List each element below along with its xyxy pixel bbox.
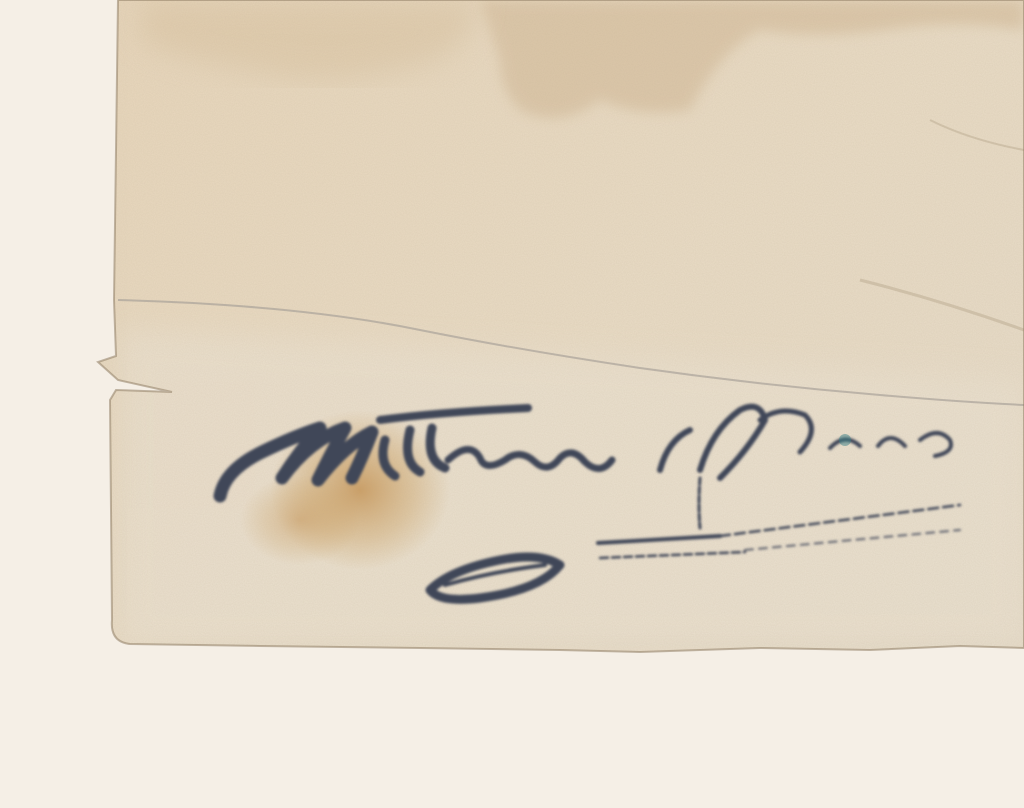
- paper-fragment: [0, 0, 1024, 808]
- ink-tint: [839, 434, 851, 446]
- artwork-photograph: William Morris: [0, 0, 1024, 808]
